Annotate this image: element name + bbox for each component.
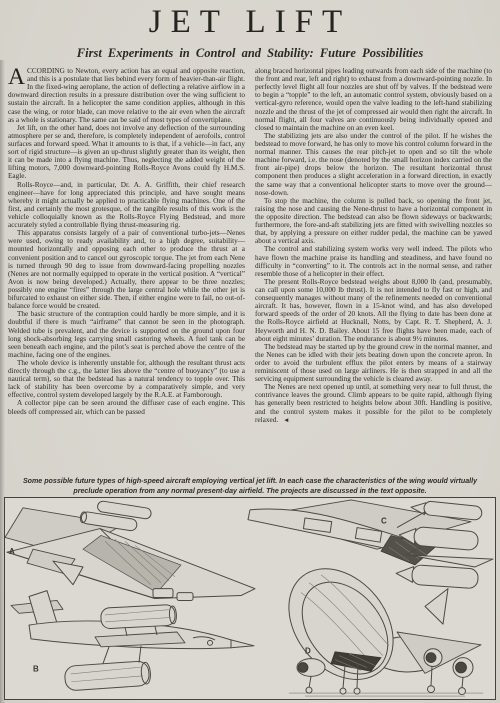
paragraph: To stop the machine, the column is pulle… [255, 197, 492, 246]
paragraph: ACCORDING to Newton, every action has an… [8, 67, 245, 124]
article-header: JET LIFT First Experiments in Control an… [0, 4, 500, 61]
aircraft-b-sketch: B [11, 591, 254, 691]
paragraph: The stabilizing jets are also under the … [255, 132, 492, 197]
paragraph: This apparatus consists largely of a pai… [8, 229, 245, 310]
left-column: ACCORDING to Newton, every action has an… [8, 67, 245, 476]
aircraft-label-c: C [381, 517, 387, 526]
aircraft-a-sketch: A [5, 500, 255, 600]
paragraph-text: The Nenes are next opened up until, at s… [255, 383, 492, 423]
right-column: along braced horizontal pipes leading ou… [255, 67, 492, 476]
drop-cap: A [8, 67, 27, 87]
paragraph: Rolls-Royce—and, in particular, Dr. A. A… [8, 181, 245, 230]
paragraph-text: CCORDING to Newton, every action has an … [8, 67, 245, 124]
paragraph: The basic structure of the contraption c… [8, 310, 245, 359]
paragraph: The present Rolls-Royce bedstead weighs … [255, 278, 492, 343]
paragraph: The control and stabilizing system works… [255, 245, 492, 277]
paragraph: The Nenes are next opened up until, at s… [255, 383, 492, 424]
figure-caption: Some possible future types of high-speed… [12, 477, 488, 496]
paragraph: The bedstead may be started up by the gr… [255, 343, 492, 384]
aircraft-label-d: D [305, 647, 311, 656]
figure-box: A [4, 497, 496, 700]
article-body: ACCORDING to Newton, every action has an… [8, 67, 492, 476]
aircraft-label-a: A [9, 547, 15, 556]
page-title: JET LIFT [0, 4, 500, 41]
paragraph: Jet lift, on the other hand, does not in… [8, 124, 245, 181]
magazine-page: JET LIFT First Experiments in Control an… [0, 0, 500, 703]
paragraph: A collector pipe can be seen around the … [8, 399, 245, 415]
aircraft-sketches: A [5, 498, 495, 699]
aircraft-c-sketch: C [248, 499, 493, 588]
end-of-article-mark: ◄ [283, 417, 288, 424]
aircraft-label-b: B [33, 664, 39, 673]
paragraph: along braced horizontal pipes leading ou… [255, 67, 492, 132]
page-subtitle: First Experiments in Control and Stabili… [0, 46, 500, 61]
paragraph: The whole device is inherently unstable … [8, 359, 245, 400]
